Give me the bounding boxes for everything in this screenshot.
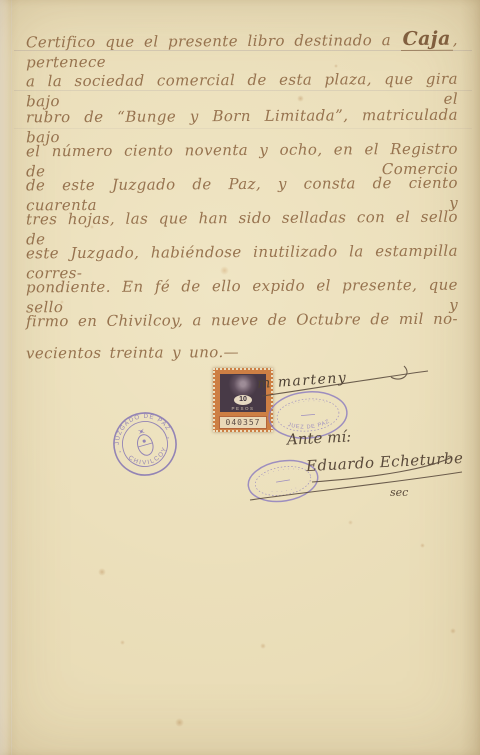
coat-of-arms-icon	[134, 428, 156, 458]
document-page: Certifico que el presente libro destinad…	[0, 0, 480, 755]
handwritten-line-9: firmo en Chivilcoy, a nueve de Octubre d…	[26, 309, 458, 332]
secretary-title: sec	[390, 486, 408, 499]
foxing-spot	[348, 520, 353, 525]
foxing-spot	[98, 568, 106, 576]
oval-seal-sec-top-text: · · · · · · · ·	[261, 464, 301, 479]
foxing-spot	[260, 643, 266, 649]
page-binding-edge	[0, 0, 12, 755]
handwritten-line-1: Certifico que el presente libro destinad…	[26, 29, 458, 73]
stamp-figure	[226, 375, 260, 395]
svg-text:· · · · · · · ·: · · · · · · · ·	[261, 464, 301, 479]
foxing-spot	[420, 543, 425, 548]
foxing-spot	[175, 718, 184, 727]
caja-word: Caja	[400, 28, 452, 51]
stamp-serial-number: 040357	[219, 416, 267, 429]
foxing-spot	[450, 628, 456, 634]
svg-text:· · · · · · · ·: · · · · · · · ·	[287, 397, 327, 409]
svg-text:JUZGADO DE PAZ: JUZGADO DE PAZ	[108, 406, 173, 447]
handwritten-line-10: vecientos treinta y uno.—	[26, 341, 458, 364]
svg-text:· · · · · ·: · · · · · ·	[270, 485, 299, 497]
stamp-denomination: 10	[234, 395, 252, 405]
line1-text: Certifico que el presente libro destinad…	[26, 31, 401, 51]
oval-seal-judge-top-text: · · · · · · · ·	[287, 397, 327, 409]
round-seal-left-star: *	[119, 450, 123, 456]
ante-mi-text: Ante mí:	[287, 427, 352, 448]
round-seal-top-text: JUZGADO DE PAZ	[108, 406, 173, 447]
oval-seal-sec-bottom-text: · · · · · ·	[270, 485, 299, 497]
secretary-signature: Eduardo Echeturbe	[306, 449, 464, 475]
stamp-currency-label: PESOS	[220, 406, 266, 411]
round-seal-right-star: *	[167, 436, 171, 442]
foxing-spot	[120, 640, 125, 645]
round-seal-juzgado-de-paz: JUZGADO DE PAZ CHIVILCOY * *	[104, 403, 186, 485]
